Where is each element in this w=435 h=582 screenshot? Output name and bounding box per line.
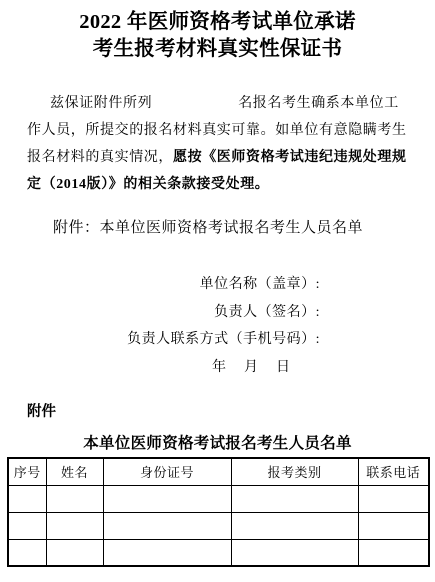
table-body	[8, 485, 429, 566]
table-header-row: 序号 姓名 身份证号 报考类别 联系电话	[8, 458, 429, 485]
signature-block: 单位名称（盖章）: 负责人（签名）: 负责人联系方式（手机号码）: 年 月 日	[0, 271, 435, 381]
appendix-label: 附件	[27, 402, 435, 423]
paragraph-text: 名报名考生确系本单位工	[238, 96, 399, 111]
document-page: 2022 年医师资格考试单位承诺 考生报考材料真实性保证书 兹保证附件所列名报名…	[0, 0, 435, 582]
table-cell	[8, 485, 46, 512]
paragraph-line-2: 作人员，所提交的报名材料真实可靠。如单位有意隐瞒考生	[27, 117, 427, 144]
paragraph-line-1: 兹保证附件所列名报名考生确系本单位工	[27, 90, 427, 117]
table-cell	[46, 539, 103, 566]
table-cell	[8, 512, 46, 539]
document-title: 2022 年医师资格考试单位承诺 考生报考材料真实性保证书	[0, 9, 435, 63]
paragraph-text: 兹保证附件所列	[50, 96, 152, 111]
paragraph-line-4: 定（2014版）》的相关条款接受处理。	[27, 171, 427, 198]
column-header-serial-number: 序号	[8, 458, 46, 485]
responsible-person-label: 负责人（签名）:	[0, 299, 320, 327]
table-row	[8, 485, 429, 512]
table-cell	[103, 485, 231, 512]
table-cell	[231, 485, 358, 512]
paragraph-text: 报名材料的真实情况，	[27, 150, 173, 165]
table-cell	[8, 539, 46, 566]
contact-phone-label: 负责人联系方式（手机号码）:	[0, 326, 320, 354]
unit-name-seal-label: 单位名称（盖章）:	[0, 271, 320, 299]
roster-table-title: 本单位医师资格考试报名考生人员名单	[0, 433, 435, 455]
column-header-name: 姓名	[46, 458, 103, 485]
table-cell	[231, 539, 358, 566]
date-line: 年 月 日	[0, 354, 292, 382]
document-title-line1: 2022 年医师资格考试单位承诺	[0, 9, 435, 36]
column-header-id-number: 身份证号	[103, 458, 231, 485]
table-cell	[103, 539, 231, 566]
table-cell	[46, 485, 103, 512]
guarantee-paragraph: 兹保证附件所列名报名考生确系本单位工 作人员，所提交的报名材料真实可靠。如单位有…	[27, 90, 427, 198]
table-cell	[358, 539, 429, 566]
paragraph-line-3: 报名材料的真实情况，愿按《医师资格考试违纪违规处理规	[27, 144, 427, 171]
attachment-reference: 附件：本单位医师资格考试报名考生人员名单	[53, 215, 435, 242]
document-title-line2: 考生报考材料真实性保证书	[0, 36, 435, 63]
column-header-contact-phone: 联系电话	[358, 458, 429, 485]
table-row	[8, 539, 429, 566]
table-cell	[358, 485, 429, 512]
table-cell	[46, 512, 103, 539]
table-cell	[231, 512, 358, 539]
table-row	[8, 512, 429, 539]
candidate-roster-table: 序号 姓名 身份证号 报考类别 联系电话	[7, 457, 430, 567]
table-cell	[103, 512, 231, 539]
paragraph-text-bold: 愿按《医师资格考试违纪违规处理规	[173, 150, 407, 165]
table-cell	[358, 512, 429, 539]
column-header-exam-category: 报考类别	[231, 458, 358, 485]
